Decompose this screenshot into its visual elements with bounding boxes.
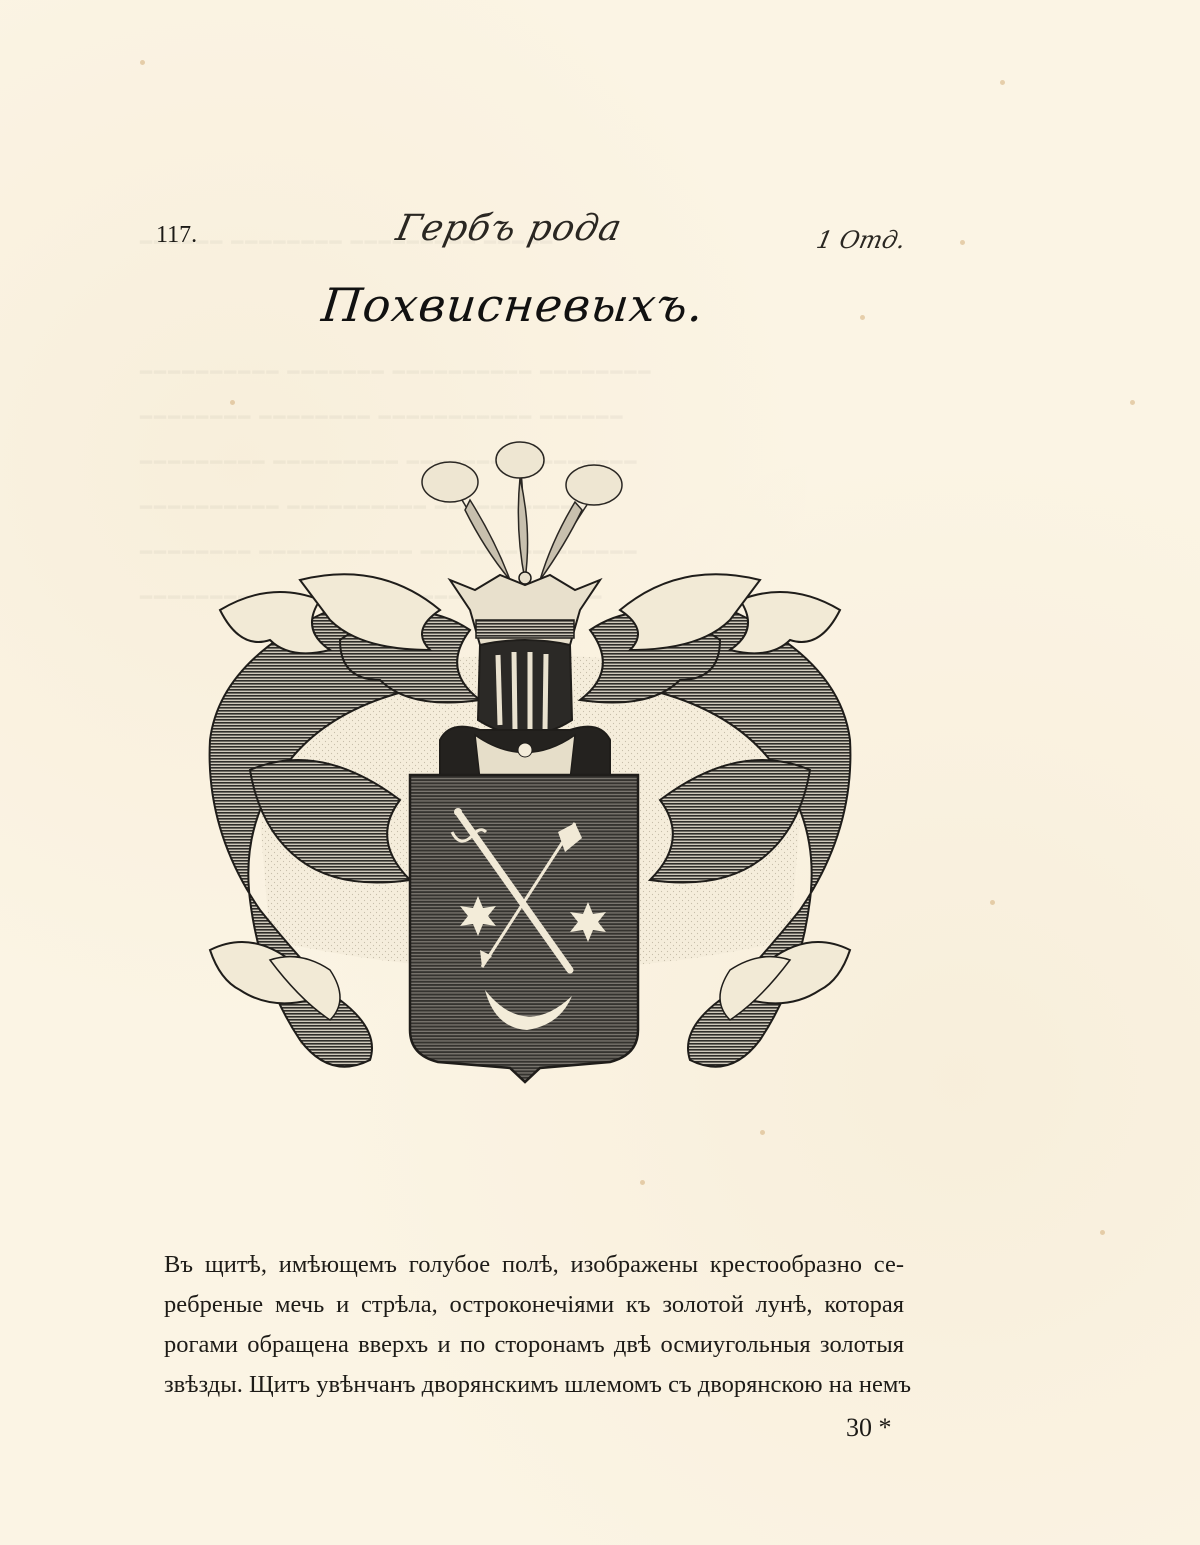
show-through-text: ━━━━━━━━━━ ━━━━━━━ ━━━━━━━━━━ ━━━━━━━━	[140, 360, 1060, 385]
text-line: Въ щитѣ, имѣющемъ голубое полѣ, изображе…	[164, 1245, 904, 1285]
coat-of-arms-illustration	[180, 440, 880, 1100]
crown-icon	[450, 572, 600, 645]
plate-number: 117.	[156, 222, 197, 249]
ostrich-plumes-icon	[422, 442, 622, 580]
foxing-spot	[1130, 400, 1135, 405]
shield-icon	[410, 775, 638, 1082]
foxing-spot	[140, 60, 145, 65]
foxing-spot	[860, 315, 865, 320]
foxing-spot	[760, 1130, 765, 1135]
text-line: рогами обращена вверхъ и по сторонамъ дв…	[164, 1325, 904, 1365]
foxing-spot	[640, 1180, 645, 1185]
division-label: 1 Отд.	[814, 226, 908, 254]
foxing-spot	[990, 900, 995, 905]
text-line: ребреные мечь и стрѣла, остроконечіями к…	[164, 1285, 904, 1325]
header-script-title: Гербъ рода	[393, 208, 626, 249]
show-through-text: ━━━━━━━━ ━━━━━━━━ ━━━━━━━━━━━ ━━━━━━	[140, 405, 1060, 430]
family-name-title: Похвисневыхъ.	[319, 278, 707, 332]
text-line: звѣзды. Щитъ увѣнчанъ дворянскимъ шлемом…	[164, 1365, 904, 1405]
blazon-description: Въ щитѣ, имѣющемъ голубое полѣ, изображе…	[164, 1245, 904, 1405]
printer-signature-mark: 30 *	[846, 1413, 892, 1443]
foxing-spot	[1000, 80, 1005, 85]
foxing-spot	[1100, 1230, 1105, 1235]
